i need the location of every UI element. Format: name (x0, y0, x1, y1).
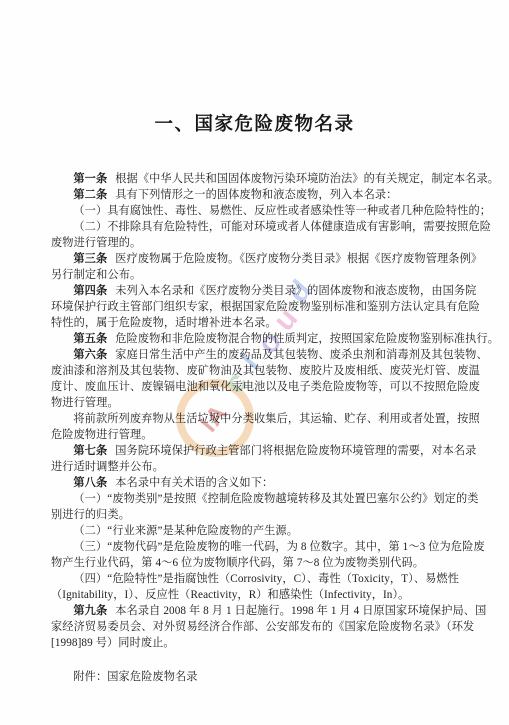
line-text: [1998]89 号）同时废止。 (51, 637, 175, 649)
article-label: 第六条 (73, 349, 107, 361)
line-text: 家经济贸易委员会、对外贸易经济合作部、公安部发布的《国家危险废物名录》（环发 (51, 621, 474, 633)
text-line: 物产生行业代码，第 4～6 位为废物顺序代码，第 7～8 位为废物类别代码。 (51, 555, 457, 571)
text-line: 度计、废血压计、废镍镉电池和氧化汞电池以及电子类危险废物等，可以不按照危险废 (51, 379, 457, 395)
line-text: 本名录中有关术语的含义如下： (115, 477, 273, 489)
document-body: 第一条根据《中华人民共和国固体废物污染环境防治法》的有关规定，制定本名录。第二条… (51, 171, 457, 651)
line-text: 环境保护行政主管部门组织专家，根据国家危险废物鉴别标准和鉴别方法认定具有危险 (51, 301, 480, 313)
line-text: 本名录自 2008 年 8 月 1 日起施行。1998 年 1 月 4 日原国家… (115, 605, 486, 617)
attachment-line: 附件：国家危险废物名录 (51, 669, 198, 685)
text-line: [1998]89 号）同时废止。 (51, 635, 457, 651)
line-text: （二）不排除具有危险特性，可能对环境或者人体健康造成有害影响，需要按照危险 (73, 221, 491, 233)
line-text: 将前款所列废弃物从生活垃圾中分类收集后，其运输、贮存、利用或者处置，按照 (73, 413, 479, 425)
line-text: （一）“废物类别”是按照《控制危险废物越境转移及其处置巴塞尔公约》划定的类 (73, 493, 478, 505)
line-text: （二）“行业来源”是某种危险废物的产生源。 (73, 525, 298, 537)
line-text: 医疗废物属于危险废物。《医疗废物分类目录》根据《医疗废物管理条例》 (115, 253, 482, 265)
article-label: 第四条 (73, 285, 107, 297)
article-label: 第二条 (73, 189, 107, 201)
text-line: （Ignitability，I）、反应性（Reactivity，R）和感染性（I… (51, 587, 457, 603)
text-line: （四）“危险特性”是指腐蚀性（Corrosivity，C）、毒性（Toxicit… (51, 571, 457, 587)
text-line: 第一条根据《中华人民共和国固体废物污染环境防治法》的有关规定，制定本名录。 (51, 171, 457, 187)
line-text: 国务院环境保护行政主管部门将根据危险废物环境管理的需要，对本名录 (115, 445, 476, 457)
article-label: 第五条 (73, 333, 107, 345)
line-text: 另行制定和公布。 (51, 269, 141, 281)
text-line: （三）“废物代码”是危险废物的唯一代码，为 8 位数字。其中，第 1～3 位为危… (51, 539, 457, 555)
text-line: 物进行管理。 (51, 395, 457, 411)
text-line: 进行适时调整并公布。 (51, 459, 457, 475)
text-line: （一）具有腐蚀性、毒性、易燃性、反应性或者感染性等一种或者几种危险特性的； (51, 203, 457, 219)
text-line: 第六条家庭日常生活中产生的废药品及其包装物、废杀虫剂和消毒剂及其包装物、 (51, 347, 457, 363)
line-text: 未列入本名录和《医疗废物分类目录》的固体废物和液态废物，由国务院 (115, 285, 476, 297)
line-text: 家庭日常生活中产生的废药品及其包装物、废杀虫剂和消毒剂及其包装物、 (115, 349, 488, 361)
line-text: 具有下列情形之一的固体废物和液态废物，列入本名录： (115, 189, 397, 201)
text-line: 废物进行管理的。 (51, 235, 457, 251)
text-line: （二）“行业来源”是某种危险废物的产生源。 (51, 523, 457, 539)
line-text: 别进行的归类。 (51, 509, 130, 521)
line-text: （一）具有腐蚀性、毒性、易燃性、反应性或者感染性等一种或者几种危险特性的； (73, 205, 491, 217)
line-text: 废物进行管理的。 (51, 237, 141, 249)
line-text: 特性的，属于危险废物，适时增补进本名录。 (51, 317, 277, 329)
article-label: 第九条 (73, 605, 107, 617)
text-line: 第三条医疗废物属于危险废物。《医疗废物分类目录》根据《医疗废物管理条例》 (51, 251, 457, 267)
text-line: 第七条国务院环境保护行政主管部门将根据危险废物环境管理的需要，对本名录 (51, 443, 457, 459)
text-line: 第九条本名录自 2008 年 8 月 1 日起施行。1998 年 1 月 4 日… (51, 603, 457, 619)
text-line: 家经济贸易委员会、对外贸易经济合作部、公安部发布的《国家危险废物名录》（环发 (51, 619, 457, 635)
article-label: 第八条 (73, 477, 107, 489)
article-label: 第七条 (73, 445, 107, 457)
text-line: 别进行的归类。 (51, 507, 457, 523)
line-text: 进行适时调整并公布。 (51, 461, 164, 473)
text-line: 第二条具有下列情形之一的固体废物和液态废物，列入本名录： (51, 187, 457, 203)
text-line: 危险废物进行管理。 (51, 427, 457, 443)
text-line: （二）不排除具有危险特性，可能对环境或者人体健康造成有害影响，需要按照危险 (51, 219, 457, 235)
line-text: 物产生行业代码，第 4～6 位为废物顺序代码，第 7～8 位为废物类别代码。 (51, 557, 424, 569)
text-line: 另行制定和公布。 (51, 267, 457, 283)
line-text: 度计、废血压计、废镍镉电池和氧化汞电池以及电子类危险废物等，可以不按照危险废 (51, 381, 480, 393)
text-line: 环境保护行政主管部门组织专家，根据国家危险废物鉴别标准和鉴别方法认定具有危险 (51, 299, 457, 315)
text-line: 废油漆和溶剂及其包装物、废矿物油及其包装物、废胶片及废相纸、废荧光灯管、废温 (51, 363, 457, 379)
line-text: 危险废物和非危险废物混合物的性质判定，按照国家危险废物鉴别标准执行。 (115, 333, 499, 345)
text-line: （一）“废物类别”是按照《控制危险废物越境转移及其处置巴塞尔公约》划定的类 (51, 491, 457, 507)
line-text: 废油漆和溶剂及其包装物、废矿物油及其包装物、废胶片及废相纸、废荧光灯管、废温 (51, 365, 480, 377)
line-text: 根据《中华人民共和国固体废物污染环境防治法》的有关规定，制定本名录。 (115, 173, 499, 185)
line-text: 物进行管理。 (51, 397, 119, 409)
line-text: 危险废物进行管理。 (51, 429, 153, 441)
text-line: 第八条本名录中有关术语的含义如下： (51, 475, 457, 491)
document-page: IA cloud 一、国家危险废物名录 第一条根据《中华人民共和国固体废物污染环… (0, 0, 509, 725)
line-text: （三）“废物代码”是危险废物的唯一代码，为 8 位数字。其中，第 1～3 位为危… (73, 541, 484, 553)
text-line: 第五条危险废物和非危险废物混合物的性质判定，按照国家危险废物鉴别标准执行。 (51, 331, 457, 347)
line-text: （四）“危险特性”是指腐蚀性（Corrosivity，C）、毒性（Toxicit… (73, 573, 459, 585)
line-text: （Ignitability，I）、反应性（Reactivity，R）和感染性（I… (51, 589, 409, 601)
article-label: 第一条 (73, 173, 107, 185)
text-line: 第四条未列入本名录和《医疗废物分类目录》的固体废物和液态废物，由国务院 (51, 283, 457, 299)
text-line: 将前款所列废弃物从生活垃圾中分类收集后，其运输、贮存、利用或者处置，按照 (51, 411, 457, 427)
article-label: 第三条 (73, 253, 107, 265)
text-line: 特性的，属于危险废物，适时增补进本名录。 (51, 315, 457, 331)
page-title: 一、国家危险废物名录 (0, 110, 509, 136)
